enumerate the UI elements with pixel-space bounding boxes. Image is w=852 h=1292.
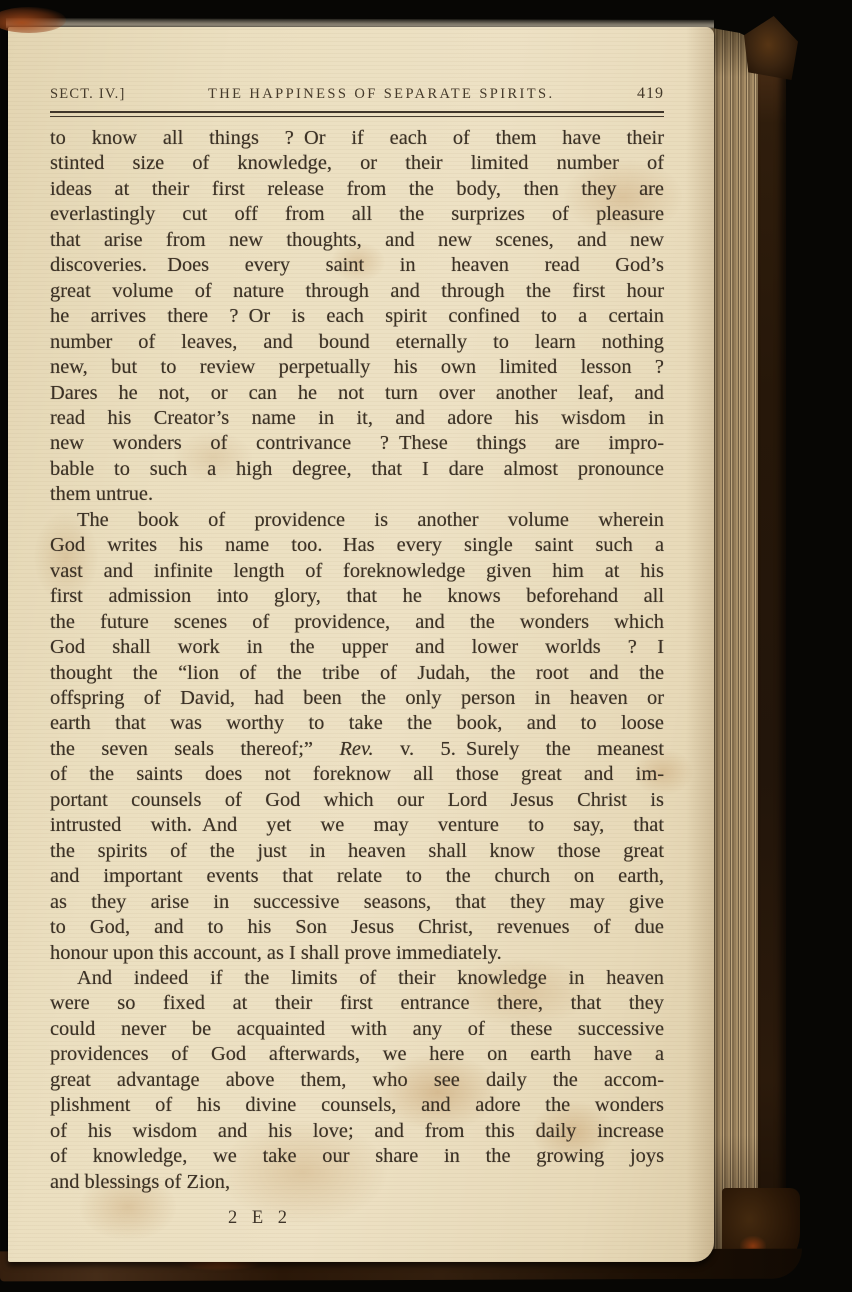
text-line: read his Creator’s name in it, and adore…	[50, 406, 664, 431]
text-line: everlastingly cut off from all the surpr…	[50, 202, 664, 227]
photo-background: SECT. IV.] THE HAPPINESS OF SEPARATE SPI…	[0, 0, 852, 1292]
text-line: could never be acquainted with any of th…	[50, 1017, 664, 1042]
book-cover-right-edge	[758, 24, 786, 1266]
text-line: to know all things ? Or if each of them …	[50, 126, 664, 151]
page-content: SECT. IV.] THE HAPPINESS OF SEPARATE SPI…	[8, 27, 714, 1229]
text-line: God writes his name too. Has every singl…	[50, 533, 664, 558]
text-line: as they arise in successive seasons, tha…	[50, 890, 664, 915]
running-title: THE HAPPINESS OF SEPARATE SPIRITS.	[208, 85, 555, 103]
text-line: of the saints does not foreknow all thos…	[50, 762, 664, 787]
text-line: discoveries. Does every saint in heaven …	[50, 253, 664, 278]
text-line: great advantage above them, who see dail…	[50, 1068, 664, 1093]
text-line: new, but to review perpetually his own l…	[50, 355, 664, 380]
text-line: of his wisdom and his love; and from thi…	[50, 1119, 664, 1144]
text-line: first admission into glory, that he know…	[50, 584, 664, 609]
text-line: And indeed if the limits of their knowle…	[50, 966, 664, 991]
text-line: and blessings of Zion,	[50, 1170, 664, 1195]
text-line: God shall work in the upper and lower wo…	[50, 635, 664, 660]
text-line: of knowledge, we take our share in the g…	[50, 1144, 664, 1169]
section-label: SECT. IV.]	[50, 85, 126, 103]
text-line: thought the “lion of the tribe of Judah,…	[50, 661, 664, 686]
text-line: The book of providence is another volume…	[50, 508, 664, 533]
text-line: the spirits of the just in heaven shall …	[50, 839, 664, 864]
text-line: and important events that relate to the …	[50, 864, 664, 889]
double-rule	[50, 111, 664, 117]
text-line: intrusted with. And yet we may venture t…	[50, 813, 664, 838]
text-line: number of leaves, and bound eternally to…	[50, 330, 664, 355]
text-line: bable to such a high degree, that I dare…	[50, 457, 664, 482]
body-text: to know all things ? Or if each of them …	[50, 126, 664, 1195]
text-line: new wonders of contrivance ? These thing…	[50, 431, 664, 456]
text-line: great volume of nature through and throu…	[50, 279, 664, 304]
text-line: stinted size of knowledge, or their limi…	[50, 151, 664, 176]
text-line: to God, and to his Son Jesus Christ, rev…	[50, 915, 664, 940]
text-line: honour upon this account, as I shall pro…	[50, 941, 664, 966]
book-cover-corner-top	[744, 16, 798, 80]
page-number: 419	[637, 85, 664, 103]
signature-mark: 2 E 2	[228, 1208, 292, 1229]
text-line: the future scenes of providence, and the…	[50, 610, 664, 635]
book-page: SECT. IV.] THE HAPPINESS OF SEPARATE SPI…	[8, 27, 714, 1262]
text-line: Dares he not, or can he not turn over an…	[50, 381, 664, 406]
text-line: that arise from new thoughts, and new sc…	[50, 228, 664, 253]
text-line: earth that was worthy to take the book, …	[50, 711, 664, 736]
page-header: SECT. IV.] THE HAPPINESS OF SEPARATE SPI…	[50, 85, 664, 103]
text-line: he arrives there ? Or is each spirit con…	[50, 304, 664, 329]
text-line: portant counsels of God which our Lord J…	[50, 788, 664, 813]
text-line: the seven seals thereof;” Rev. v. 5. Sur…	[50, 737, 664, 762]
book-fore-edge	[712, 28, 762, 1258]
text-line: vast and infinite length of foreknowledg…	[50, 559, 664, 584]
text-line: were so fixed at their first entrance th…	[50, 991, 664, 1016]
text-line: providences of God afterwards, we here o…	[50, 1042, 664, 1067]
text-line: offspring of David, had been the only pe…	[50, 686, 664, 711]
text-line: them untrue.	[50, 482, 664, 507]
text-line: ideas at their first release from the bo…	[50, 177, 664, 202]
text-line: plishment of his divine counsels, and ad…	[50, 1093, 664, 1118]
